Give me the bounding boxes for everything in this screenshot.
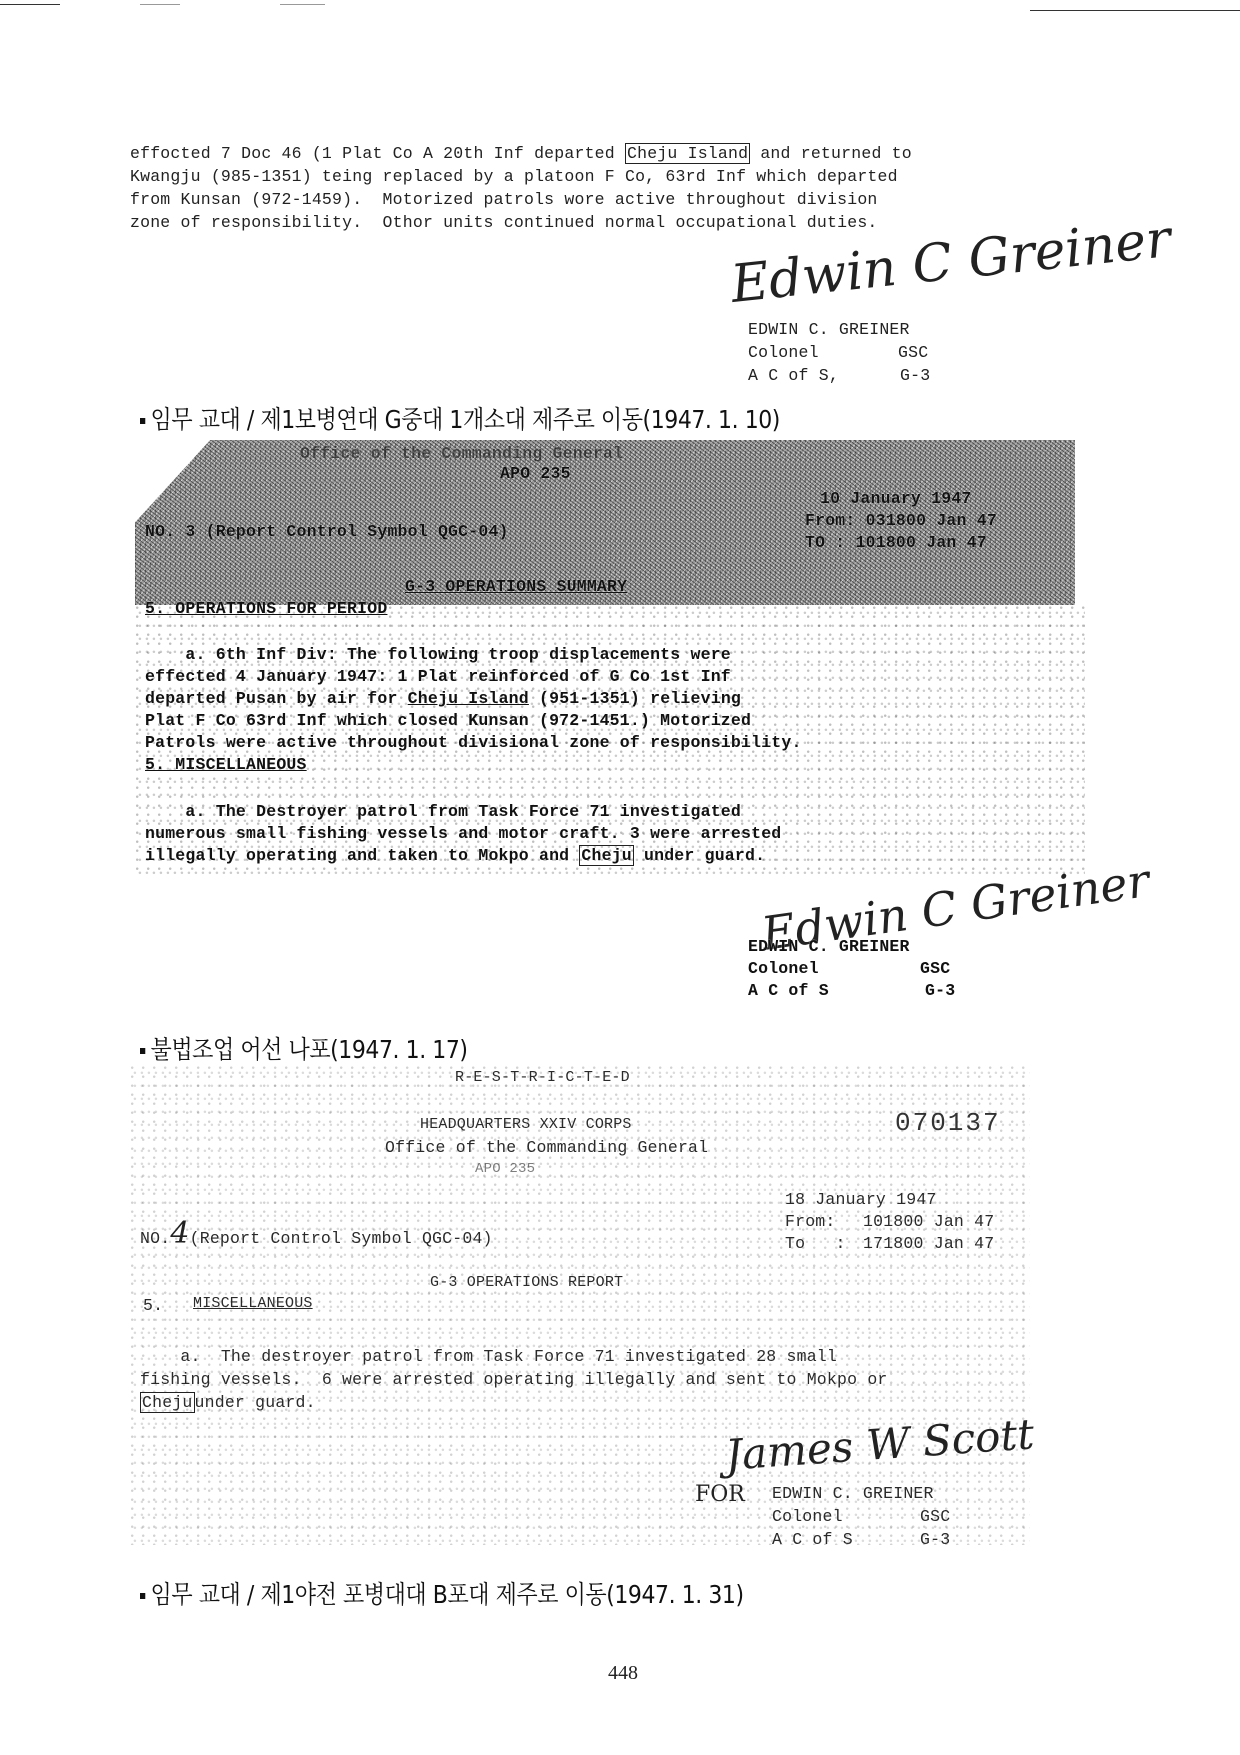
signatory-unit: G-3 — [920, 1528, 950, 1551]
signatory-name: EDWIN C. GREINER — [772, 1482, 934, 1505]
body-line: a. 6th Inf Div: The following troop disp… — [145, 643, 731, 666]
report-number: NO.4(Report Control Symbol QGC-04) — [140, 1222, 493, 1250]
signatory-branch: GSC — [920, 957, 950, 980]
signatory-name: EDWIN C. GREINER — [748, 935, 910, 958]
korean-caption: 임무 교대 / 제1야전 포병대대 B포대 제주로 이동(1947. 1. 31… — [140, 1575, 744, 1611]
signatory-title: A C of S — [748, 979, 829, 1002]
body-line: Kwangju (985-1351) teing replaced by a p… — [130, 165, 898, 188]
apo-line: APO 235 — [475, 1158, 535, 1181]
for-annotation: FOR — [695, 1482, 745, 1507]
body-line: a. The Destroyer patrol from Task Force … — [145, 800, 741, 823]
header-obscured: Office of the Commanding General — [300, 442, 623, 465]
headquarters-name: HEADQUARTERS XXIV CORPS — [420, 1113, 632, 1136]
signatory-title: A C of S, — [748, 364, 839, 387]
body-line: Patrols were active throughout divisiona… — [145, 731, 802, 754]
place-highlight: Cheju Island — [625, 143, 750, 164]
body-line: effocted 7 Doc 46 (1 Plat Co A 20th Inf … — [130, 142, 912, 165]
signatory-title: A C of S — [772, 1528, 853, 1551]
signatory-branch: GSC — [898, 341, 928, 364]
body-line: illegally operating and taken to Mokpo a… — [145, 844, 765, 867]
scan-edge-mark — [0, 4, 60, 5]
report-title: G-3 OPERATIONS REPORT — [430, 1271, 623, 1294]
body-line: zone of responsibility. Othor units cont… — [130, 211, 878, 234]
korean-caption: 임무 교대 / 제1보병연대 G중대 1개소대 제주로 이동(1947. 1. … — [140, 400, 780, 436]
report-to-label: To : — [785, 1232, 846, 1255]
stamp-number: 070137 — [895, 1108, 1001, 1138]
bullet-icon — [140, 1593, 145, 1599]
report-title: G-3 OPERATIONS SUMMARY — [405, 575, 627, 598]
korean-caption: 불법조업 어선 나포(1947. 1. 17) — [140, 1030, 468, 1066]
report-to: TO : 101800 Jan 47 — [805, 531, 987, 554]
signatory-rank: Colonel — [748, 957, 819, 980]
bullet-icon — [140, 1048, 145, 1054]
report-from-value: 101800 Jan 47 — [863, 1210, 994, 1233]
body-line: a. The destroyer patrol from Task Force … — [140, 1345, 837, 1368]
office-name: Office of the Commanding General — [385, 1136, 708, 1159]
body-line: fishing vessels. 6 were arrested operati… — [140, 1368, 888, 1391]
place-highlight: Cheju Island — [408, 689, 529, 708]
section-heading: 5. OPERATIONS FOR PERIOD — [145, 597, 387, 620]
scan-edge-mark — [1030, 10, 1240, 11]
signatory-rank: Colonel — [772, 1505, 843, 1528]
scan-edge-mark — [140, 4, 180, 5]
signatory-unit: G-3 — [900, 364, 930, 387]
body-line: Chejuunder guard. — [140, 1391, 316, 1414]
report-from-label: From: — [785, 1210, 836, 1233]
place-highlight: Cheju — [579, 845, 634, 866]
classification-label: R-E-S-T-R-I-C-T-E-D — [455, 1066, 630, 1089]
apo-line: APO 235 — [500, 462, 571, 485]
section-number: 5. — [143, 1294, 163, 1317]
report-number: NO. 3 (Report Control Symbol QGC-04) — [145, 520, 509, 543]
signatory-rank: Colonel — [748, 341, 819, 364]
section-heading: 5. MISCELLANEOUS — [145, 753, 307, 776]
body-line: from Kunsan (972-1459). Motorized patrol… — [130, 188, 878, 211]
place-highlight: Cheju — [140, 1392, 195, 1413]
body-line: departed Pusan by air for Cheju Island (… — [145, 687, 741, 710]
body-line: effected 4 January 1947: 1 Plat reinforc… — [145, 665, 731, 688]
signatory-unit: G-3 — [925, 979, 955, 1002]
bullet-icon — [140, 418, 145, 424]
report-date: 18 January 1947 — [785, 1188, 937, 1211]
report-from: From: 031800 Jan 47 — [805, 509, 997, 532]
page-number: 448 — [608, 1662, 638, 1685]
body-line: numerous small fishing vessels and motor… — [145, 822, 781, 845]
section-heading: MISCELLANEOUS — [193, 1292, 313, 1315]
signatory-branch: GSC — [920, 1505, 950, 1528]
signatory-name: EDWIN C. GREINER — [748, 318, 910, 341]
report-to-value: 171800 Jan 47 — [863, 1232, 994, 1255]
scan-edge-mark — [280, 4, 325, 5]
body-line: Plat F Co 63rd Inf which closed Kunsan (… — [145, 709, 751, 732]
report-date: 10 January 1947 — [820, 487, 972, 510]
